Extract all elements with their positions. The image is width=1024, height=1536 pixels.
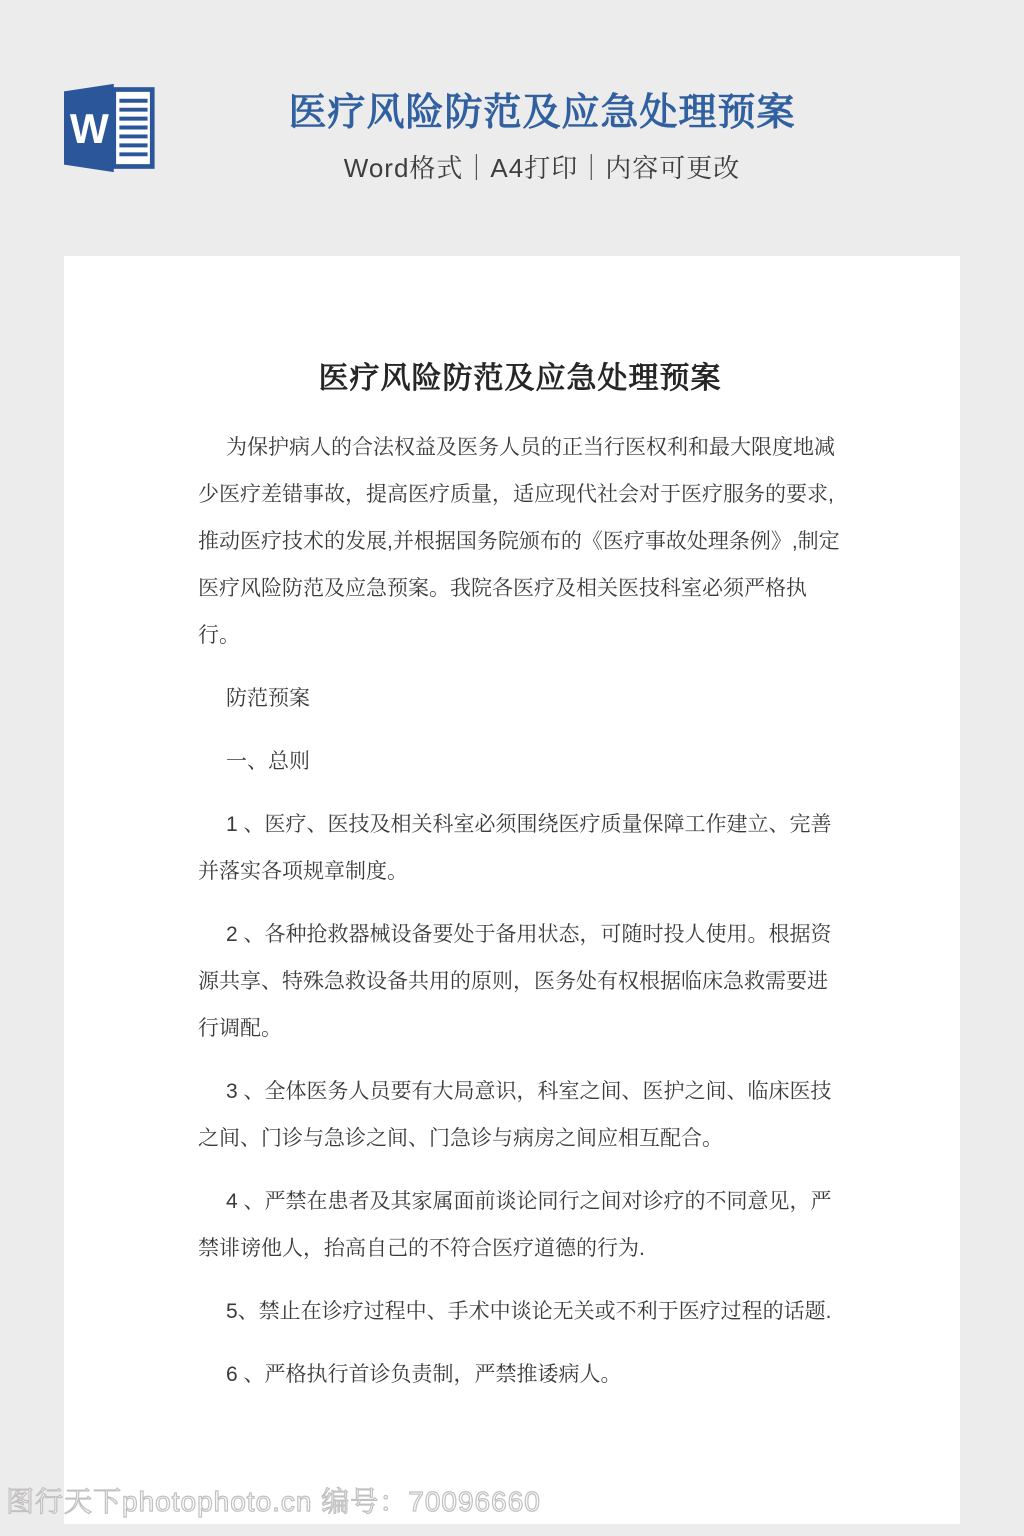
document-paragraph: 3 、全体医务人员要有大局意识，科室之间、医护之间、临床医技之间、门诊与急诊之间… (198, 1068, 842, 1162)
header-text-block: 医疗风险防范及应急处理预案 Word格式｜A4打印｜内容可更改 (60, 90, 1024, 184)
document-page: 医疗风险防范及应急处理预案 为保护病人的合法权益及医务人员的正当行医权利和最大限… (64, 256, 960, 1524)
document-paragraph: 4 、严禁在患者及其家属面前谈论同行之间对诊疗的不同意见，严禁诽谤他人，抬高自己… (198, 1178, 842, 1272)
header-title: 医疗风险防范及应急处理预案 (60, 90, 1024, 136)
document-paragraph: 2 、各种抢救器械设备要处于备用状态，可随时投人使用。根据资源共享、特殊急救设备… (198, 911, 842, 1052)
document-paragraph: 防范预案 (198, 675, 842, 722)
watermark: 图行天下photophoto.cn 编号：70096660 (6, 1484, 541, 1520)
document-paragraph: 为保护病人的合法权益及医务人员的正当行医权利和最大限度地减少医疗差错事故，提高医… (198, 424, 842, 659)
header-subtitle: Word格式｜A4打印｜内容可更改 (60, 152, 1024, 184)
document-paragraph: 6 、严格执行首诊负责制，严禁推诿病人。 (198, 1351, 842, 1398)
document-content: 医疗风险防范及应急处理预案 为保护病人的合法权益及医务人员的正当行医权利和最大限… (64, 256, 960, 1398)
document-paragraph: 一、总则 (198, 738, 842, 785)
document-paragraph: 5、禁止在诊疗过程中、手术中谈论无关或不利于医疗过程的话题. (198, 1288, 842, 1335)
template-preview-page: W 医疗风险防范及应急处理预案 Word格式｜A4打印｜内容可更改 医疗风险防范… (0, 0, 1024, 1536)
document-title: 医疗风险防范及应急处理预案 (198, 358, 842, 400)
document-paragraph: 1 、医疗、医技及相关科室必须围绕医疗质量保障工作建立、完善并落实各项规章制度。 (198, 801, 842, 895)
